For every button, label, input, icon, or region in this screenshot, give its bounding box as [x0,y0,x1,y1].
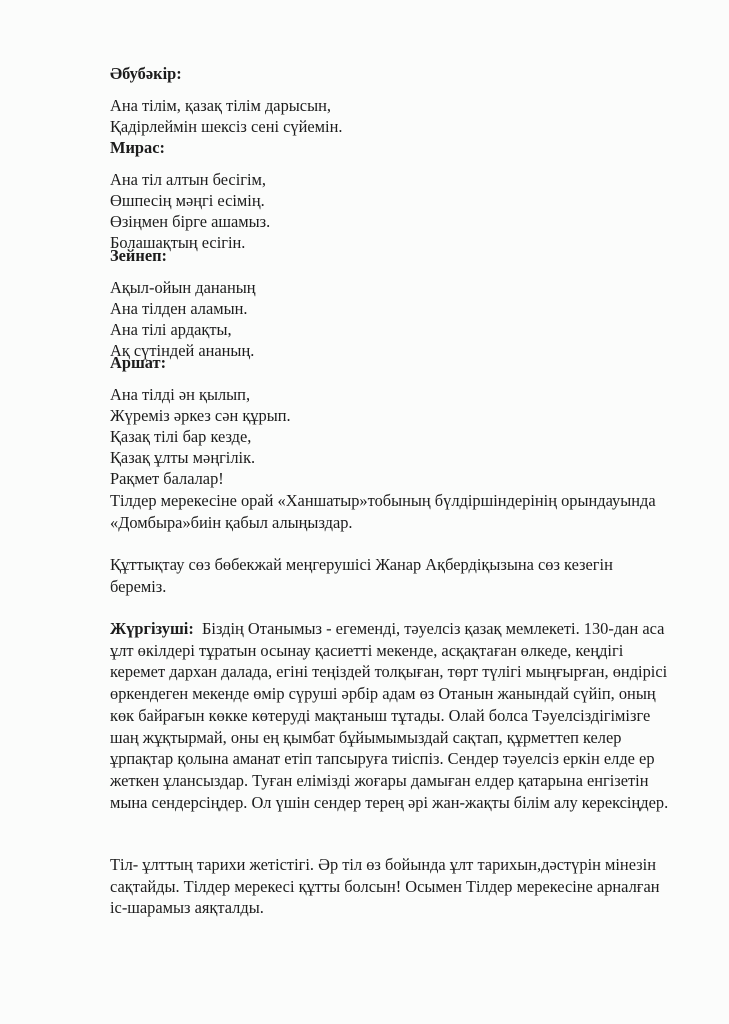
verse-line: Рақмет балалар! [110,468,291,489]
verse-line: Ана тілден аламын. [110,298,256,319]
verse-line: Қадірлеймін шексіз сені сүйемін. [110,116,342,137]
paragraph-text: Тілдер мерекесіне орай «Ханшатыр»тобының… [110,491,656,532]
speaker-name: Әбубәкір: [110,63,342,84]
verse-line: Жүреміз әркез сән құрып. [110,405,291,426]
paragraph-text: Тіл- ұлттың тарихи жетістігі. Әр тіл өз … [110,855,660,917]
host-label: Жүргізуші: [110,619,194,638]
verse-line: Ана тілім, қазақ тілім дарысын, [110,95,342,116]
scanned-page: Әбубәкір: Ана тілім, қазақ тілім дарысын… [0,0,729,1024]
paragraph-closing: Тіл- ұлттың тарихи жетістігі. Әр тіл өз … [110,854,670,919]
verse-line: Ана тілді ән қылып, [110,384,291,405]
verse-lines: Ана тілім, қазақ тілім дарысын, Қадірлей… [110,95,342,137]
verse-line: Қазақ ұлты мәңгілік. [110,447,291,468]
paragraph-greeting-speech: Құттықтау сөз бөбекжай меңгерушісі Жанар… [110,554,670,597]
verse-line: Қазақ тілі бар кезде, [110,426,291,447]
paragraph-host-speech: Жүргізуші: Біздің Отанымыз - егеменді, т… [110,618,670,813]
verse-section-miras: Мирас: Ана тіл алтын бесігім, Өшпесің мә… [110,137,270,253]
verse-section-zeinep: Зейнеп: Ақыл-ойын дананың Ана тілден ала… [110,245,256,361]
speaker-name: Аршат: [110,352,291,373]
paragraph-dance-announcement: Тілдер мерекесіне орай «Ханшатыр»тобының… [110,490,670,533]
verse-line: Ана тілі ардақты, [110,319,256,340]
verse-line: Өзіңмен бірге ашамыз. [110,211,270,232]
paragraph-text: Құттықтау сөз бөбекжай меңгерушісі Жанар… [110,555,613,596]
paragraph-text: Біздің Отанымыз - егеменді, тәуелсіз қаз… [110,619,671,812]
verse-line: Өшпесің мәңгі есімің. [110,190,270,211]
verse-lines: Ана тіл алтын бесігім, Өшпесің мәңгі есі… [110,169,270,253]
verse-lines: Ана тілді ән қылып, Жүреміз әркез сән құ… [110,384,291,489]
verse-line: Ақыл-ойын дананың [110,277,256,298]
verse-lines: Ақыл-ойын дананың Ана тілден аламын. Ана… [110,277,256,361]
verse-section-abubakir: Әбубәкір: Ана тілім, қазақ тілім дарысын… [110,63,342,137]
speaker-name: Зейнеп: [110,245,256,266]
verse-line: Ана тіл алтын бесігім, [110,169,270,190]
speaker-name: Мирас: [110,137,270,158]
verse-section-arshat: Аршат: Ана тілді ән қылып, Жүреміз әркез… [110,352,291,489]
